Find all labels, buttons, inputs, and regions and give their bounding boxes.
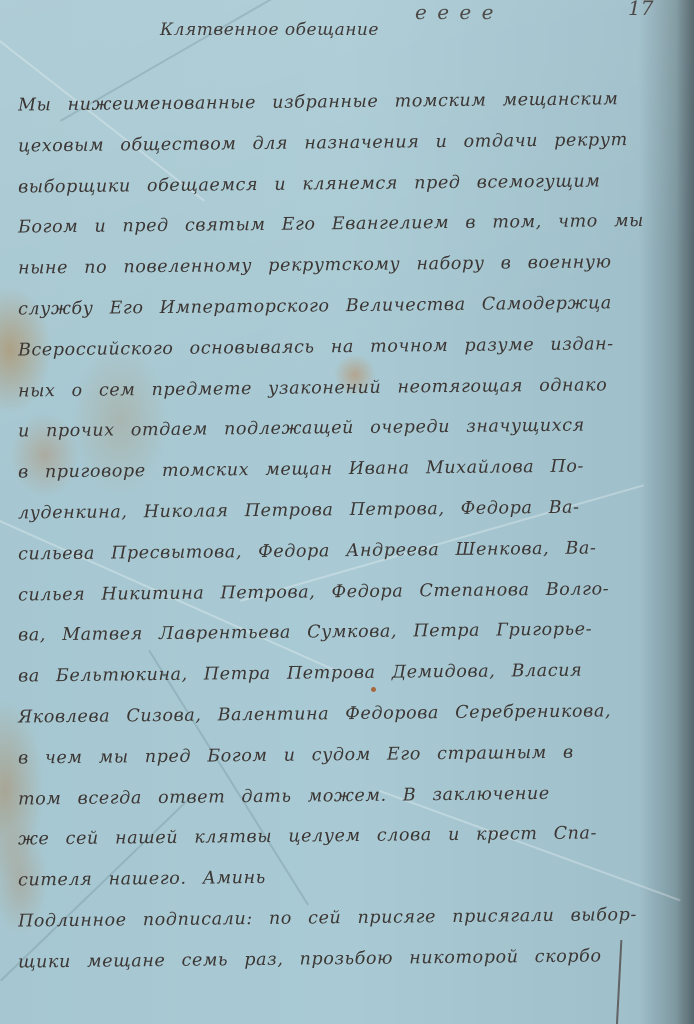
text-line: в приговоре томских мещан Ивана Михайлов…	[18, 446, 688, 494]
text-line: щики мещане семь раз, прозьбою никоторой…	[18, 935, 688, 983]
text-line: Яковлева Сизова, Валентина Федорова Сере…	[18, 690, 688, 738]
text-line: ва Бельтюкина, Петра Петрова Демидова, В…	[18, 650, 688, 698]
text-line: сильева Пресвытова, Федора Андреева Шенк…	[18, 527, 688, 575]
text-line: службу Его Императорского Величества Сам…	[18, 282, 688, 330]
document-title: Клятвенное обещание	[160, 20, 379, 40]
text-line: сителя нашего. Аминь	[18, 854, 688, 902]
text-line: ва, Матвея Лаврентьева Сумкова, Петра Гр…	[18, 609, 688, 657]
manuscript-page: e e e e 17 Клятвенное обещание Мы нижеим…	[0, 0, 694, 1024]
text-line: в чем мы пред Богом и судом Его страшным…	[18, 731, 688, 779]
text-line: ныне по повеленному рекрутскому набору в…	[18, 242, 688, 290]
page-number: 17	[628, 0, 653, 20]
text-line: Мы нижеименованные избранные томским мещ…	[18, 78, 688, 126]
text-line: же сей нашей клятвы целуем слова и крест…	[18, 813, 688, 861]
text-line: Богом и пред святым Его Евангелием в том…	[18, 201, 688, 249]
header-flourish: e e e e	[415, 0, 495, 24]
manuscript-body: Мы нижеименованные избранные томским мещ…	[18, 82, 688, 980]
text-line: и прочих отдаем подлежащей очереди значу…	[18, 405, 688, 453]
text-line: цеховым обществом для назначения и отдач…	[18, 119, 688, 167]
text-line: луденкина, Николая Петрова Петрова, Федо…	[18, 486, 688, 534]
text-line: Подлинное подписали: по сей присяге прис…	[18, 894, 688, 942]
text-line: Всероссийского основываясь на точном раз…	[18, 323, 688, 371]
